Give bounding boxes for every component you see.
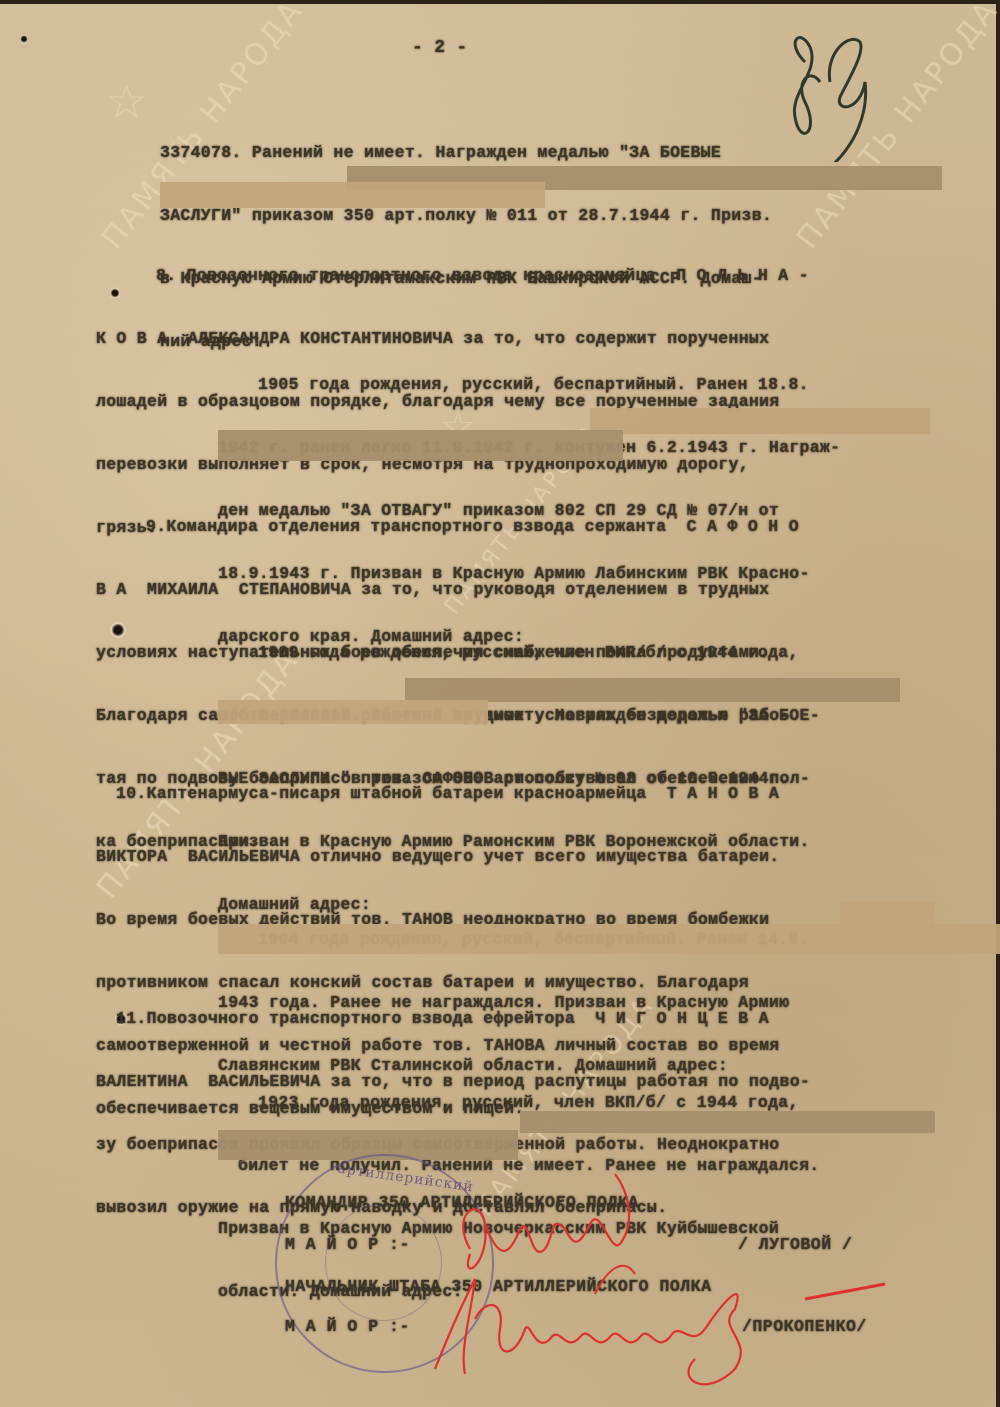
redacted-address [218,430,623,461]
text-line: 11.Повозочного транспортного взвода ефре… [96,1008,810,1029]
text-line: 8. Повозочного транспортного взвода крас… [96,265,809,286]
redacted-address [590,408,930,434]
text-line: 1923 года рождения, русский, член ВКП/б/… [218,1092,820,1113]
commander-name: / ЛУГОВОЙ / [738,1234,852,1255]
text-line: 1905 года рождения, русский, беспартийны… [218,374,840,395]
redacted-address [218,700,488,724]
ink-speck [20,34,28,44]
text-line: ВИКТОРА ВАСИЛЬЕВИЧА отлично ведущего уче… [96,846,780,867]
redacted-address [160,182,545,208]
document-page: ☆ ПАМЯТЬ НАРОДА ПАМЯТЬ НАРОДА ПАМЯТЬ НАР… [0,0,1000,1407]
text-line: В А МИХАИЛА СТЕПАНОВИЧА за то, что руков… [96,579,810,600]
star-watermark-icon: ☆ [105,74,148,130]
page-number: - 2 - [412,38,468,59]
redacted-address [218,924,1000,954]
chief-rank: М А Й О Р :- [285,1316,410,1337]
text-line: 3374078. Ранений не имеет. Награжден мед… [160,142,772,163]
text-line: 1909 года рождения, русский, член ВКП/б/… [218,642,820,663]
redacted-address [520,1111,935,1133]
redacted-address [405,678,900,702]
chief-of-staff-signature [415,1259,895,1399]
folio-number-handwritten [775,22,875,162]
text-line: 9.Командира отделения транспортного взво… [96,516,810,537]
text-line: 10.Каптенармуса-писаря штабной батареи к… [96,783,780,804]
commander-rank: М А Й О Р :- [285,1234,410,1255]
